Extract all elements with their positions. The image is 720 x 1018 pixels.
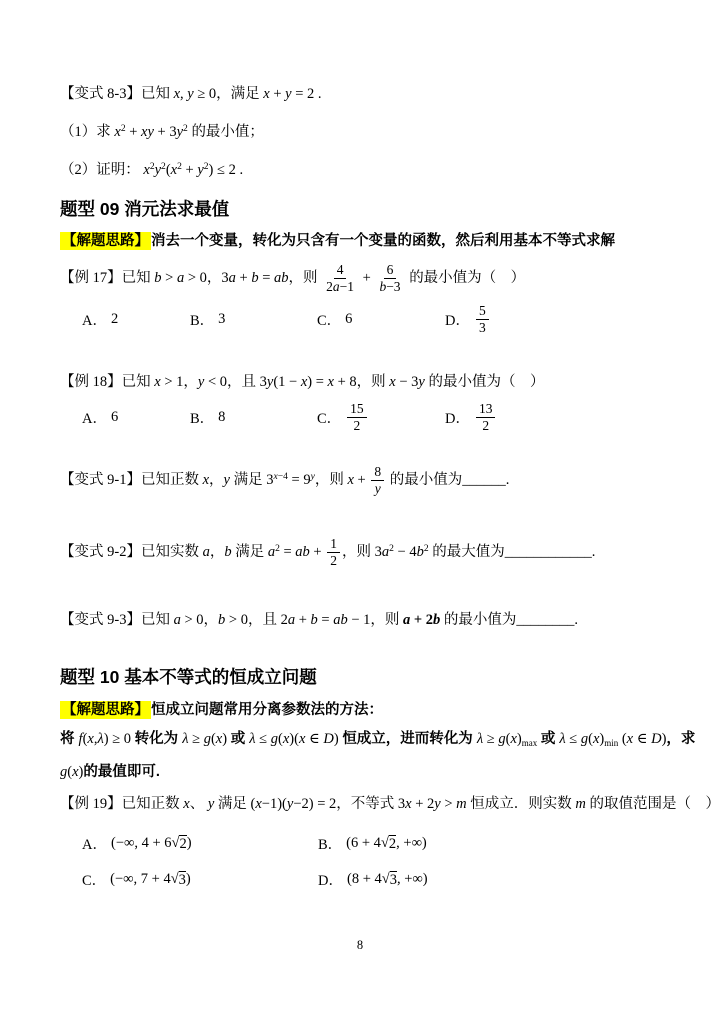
problem-variant-9-3: 【变式 9-3】已知 a > 0，b > 0，且 2a + b = ab − 1… xyxy=(60,608,578,629)
options-example-18: A．6B．8C．152D．132 xyxy=(60,401,660,434)
option-item: D．53 xyxy=(445,303,660,336)
fraction: 132 xyxy=(476,401,496,434)
solution-idea-10-line2: 将 f(x,λ) ≥ 0 转化为 λ ≥ g(x) 或 λ ≤ g(x)(x ∈… xyxy=(60,727,695,748)
fraction: 42a−1 xyxy=(323,262,357,295)
section-heading-09: 题型 09 消元法求最值 xyxy=(60,196,229,221)
option-item: D．132 xyxy=(445,401,660,434)
solution-idea-10-line3: g(x)的最值即可. xyxy=(60,760,160,781)
problem-example-18: 【例 18】已知 x > 1，y < 0，且 3y(1 − x) = x + 8… xyxy=(60,370,544,391)
problem-example-17: 【例 17】已知 b > a > 0，3a + b = ab，则 42a−1 +… xyxy=(60,262,525,295)
option-label: C． xyxy=(317,407,341,428)
options-example-17: A．2B．3C．6D．53 xyxy=(60,303,660,336)
fraction: 53 xyxy=(476,303,489,336)
option-label: D． xyxy=(318,869,343,890)
options-example-19-row1: A．(−∞, 4 + 6√2)B．(6 + 4√2, +∞) xyxy=(60,833,660,854)
option-label: C． xyxy=(317,309,341,330)
option-label: C． xyxy=(82,869,106,890)
problem-variant-9-1: 【变式 9-1】已知正数 x，y 满足 3x−4 = 9y，则 x + 8y 的… xyxy=(60,464,509,497)
problem-variant-9-2: 【变式 9-2】已知实数 a，b 满足 a2 = ab + 12，则 3a2 −… xyxy=(60,536,595,569)
solution-idea-09: 【解题思路】消去一个变量，转化为只含有一个变量的函数，然后利用基本不等式求解 xyxy=(60,229,615,250)
fraction: 6b−3 xyxy=(376,262,403,295)
option-label: A． xyxy=(82,833,107,854)
fraction: 12 xyxy=(327,536,340,569)
fraction: 152 xyxy=(347,401,367,434)
option-item: A．(−∞, 4 + 6√2) xyxy=(82,833,318,854)
option-label: B． xyxy=(190,309,214,330)
option-label: A． xyxy=(82,407,107,428)
option-item: C．(−∞, 7 + 4√3) xyxy=(82,869,318,890)
option-label: B． xyxy=(190,407,214,428)
problem-variant-8-3-intro: 【变式 8-3】已知 x, y ≥ 0，满足 x + y = 2 . xyxy=(60,82,322,103)
solution-idea-10: 【解题思路】恒成立问题常用分离参数法的方法： xyxy=(60,698,383,719)
problem-variant-8-3-part2: （2）证明： x2y2(x2 + y2) ≤ 2 . xyxy=(60,158,243,179)
problem-variant-8-3-part1: （1）求 x2 + xy + 3y2 的最小值； xyxy=(60,120,264,141)
fraction: 8y xyxy=(371,464,384,497)
option-item: B．8 xyxy=(190,407,317,428)
option-label: B． xyxy=(318,833,342,854)
option-label: D． xyxy=(445,309,470,330)
problem-example-19: 【例 19】已知正数 x、 y 满足 (x−1)(y−2) = 2，不等式 3x… xyxy=(60,792,720,813)
section-heading-10: 题型 10 基本不等式的恒成立问题 xyxy=(60,664,317,689)
option-label: A． xyxy=(82,309,107,330)
option-item: A．2 xyxy=(82,309,190,330)
document-page: 【变式 8-3】已知 x, y ≥ 0，满足 x + y = 2 . （1）求 … xyxy=(0,0,720,1018)
option-item: C．152 xyxy=(317,401,445,434)
option-item: B．(6 + 4√2, +∞) xyxy=(318,833,660,854)
option-label: D． xyxy=(445,407,470,428)
options-example-19-row2: C．(−∞, 7 + 4√3)D．(8 + 4√3, +∞) xyxy=(60,869,660,890)
option-item: B．3 xyxy=(190,309,317,330)
option-item: C．6 xyxy=(317,309,445,330)
option-item: A．6 xyxy=(82,407,190,428)
option-item: D．(8 + 4√3, +∞) xyxy=(318,869,660,890)
page-number: 8 xyxy=(0,938,720,953)
